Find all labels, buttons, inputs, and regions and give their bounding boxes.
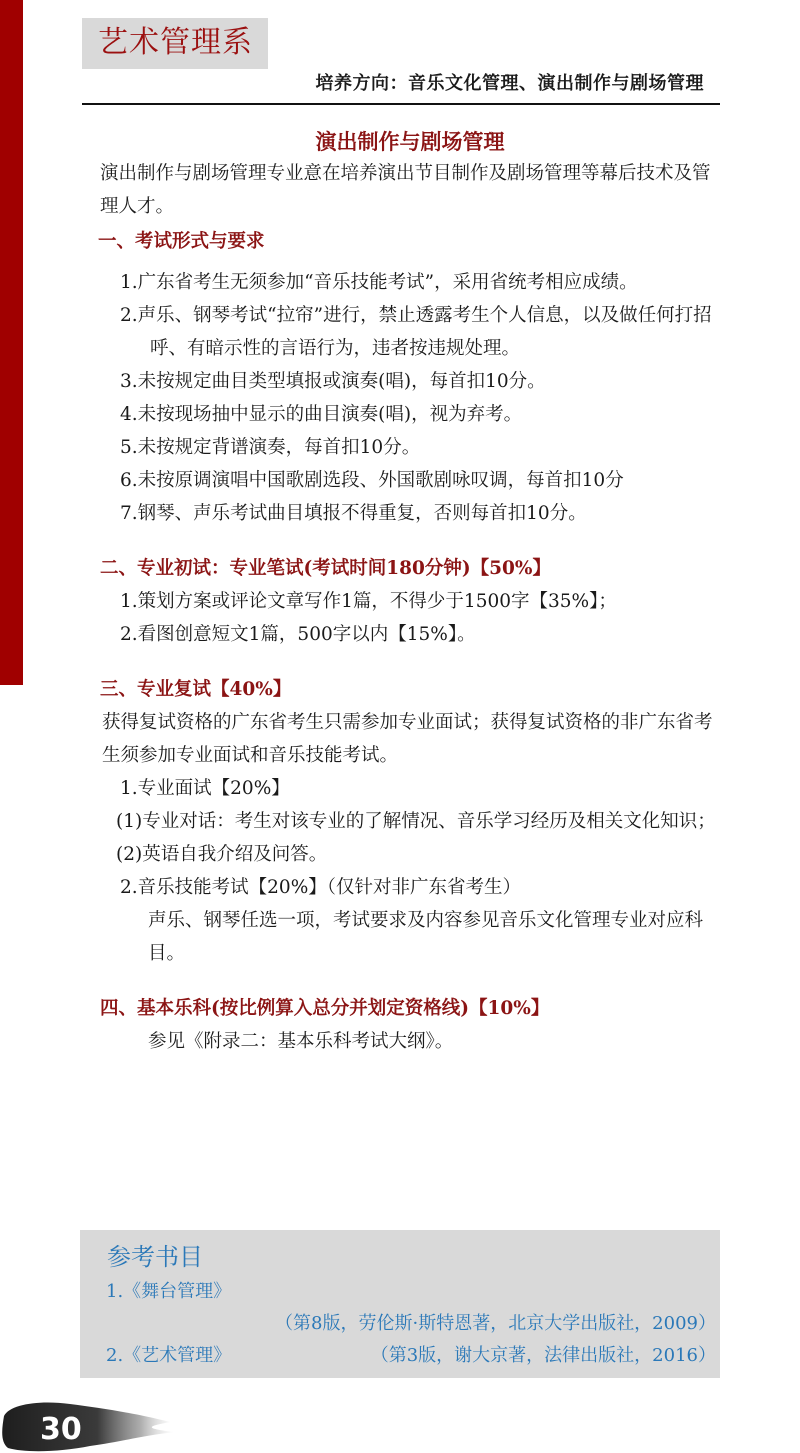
- section-heading: 三、专业复试【40%】: [100, 673, 720, 706]
- list-item: 2.声乐、钢琴考试“拉帘”进行，禁止透露考生个人信息，以及做任何打招呼、有暗示性…: [100, 299, 720, 365]
- section-retest: 三、专业复试【40%】 获得复试资格的广东省考生只需参加专业面试；获得复试资格的…: [100, 673, 720, 970]
- header-divider: [82, 103, 720, 105]
- sub-item: (1)专业对话：考生对该专业的了解情况、音乐学习经历及相关文化知识；: [100, 805, 720, 838]
- list-item: 1.专业面试【20%】: [100, 772, 720, 805]
- training-direction: 培养方向：音乐文化管理、演出制作与剧场管理: [316, 70, 705, 98]
- major-intro: 演出制作与剧场管理专业意在培养演出节目制作及剧场管理等幕后技术及管理人才。: [100, 157, 720, 223]
- sub-item: (2)英语自我介绍及问答。: [100, 838, 720, 871]
- list-item: 2.音乐技能考试【20%】（仅针对非广东省考生）: [100, 871, 720, 904]
- reference-book-title: 1.《舞台管理》: [106, 1278, 231, 1306]
- list-item: 1.广东省考生无须参加“音乐技能考试”，采用省统考相应成绩。: [100, 266, 720, 299]
- list-item: 6.未按原调演唱中国歌剧选段、外国歌剧咏叹调，每首扣10分: [100, 464, 720, 497]
- list-item: 1.策划方案或评论文章写作1篇，不得少于1500字【35%】；: [100, 585, 720, 618]
- left-accent-bar: [0, 0, 23, 685]
- section-written-exam: 二、专业初试：专业笔试(考试时间180分钟)【50%】 1.策划方案或评论文章写…: [100, 552, 720, 651]
- list-item: 7.钢琴、声乐考试曲目填报不得重复，否则每首扣10分。: [100, 497, 720, 530]
- list-item: 5.未按规定背谱演奏，每首扣10分。: [100, 431, 720, 464]
- major-title: 演出制作与剧场管理: [0, 127, 800, 157]
- main-content: 演出制作与剧场管理专业意在培养演出节目制作及剧场管理等幕后技术及管理人才。 一、…: [100, 157, 720, 1058]
- section-heading: 二、专业初试：专业笔试(考试时间180分钟)【50%】: [100, 552, 720, 585]
- reference-book-detail: （第8版，劳伦斯·斯特恩著，北京大学出版社，2009）: [275, 1310, 716, 1338]
- reference-book-detail: （第3版，谢大京著，法律出版社，2016）: [371, 1342, 716, 1370]
- section-basic-music: 四、基本乐科(按比例算入总分并划定资格线)【10%】 参见《附录二：基本乐科考试…: [100, 992, 720, 1058]
- list-item: 4.未按现场抽中显示的曲目演奏(唱)，视为弃考。: [100, 398, 720, 431]
- list-item: 2.看图创意短文1篇，500字以内【15%】。: [100, 618, 720, 651]
- section-heading: 一、考试形式与要求: [98, 225, 720, 258]
- list-item-detail: 声乐、钢琴任选一项，考试要求及内容参见音乐文化管理专业对应科目。: [100, 904, 720, 970]
- department-title: 艺术管理系: [98, 23, 253, 63]
- list-item: 3.未按规定曲目类型填报或演奏(唱)，每首扣10分。: [100, 365, 720, 398]
- reference-book-title: 2.《艺术管理》: [106, 1342, 231, 1370]
- section-exam-format: 一、考试形式与要求 1.广东省考生无须参加“音乐技能考试”，采用省统考相应成绩。…: [100, 225, 720, 530]
- section-heading: 四、基本乐科(按比例算入总分并划定资格线)【10%】: [100, 992, 720, 1025]
- page-number: 30: [40, 1410, 82, 1450]
- reference-books-title: 参考书目: [107, 1240, 203, 1274]
- retest-intro: 获得复试资格的广东省考生只需参加专业面试；获得复试资格的非广东省考生须参加专业面…: [100, 706, 720, 772]
- section-text: 参见《附录二：基本乐科考试大纲》。: [100, 1025, 720, 1058]
- ink-brush-stroke-icon: [0, 1398, 180, 1453]
